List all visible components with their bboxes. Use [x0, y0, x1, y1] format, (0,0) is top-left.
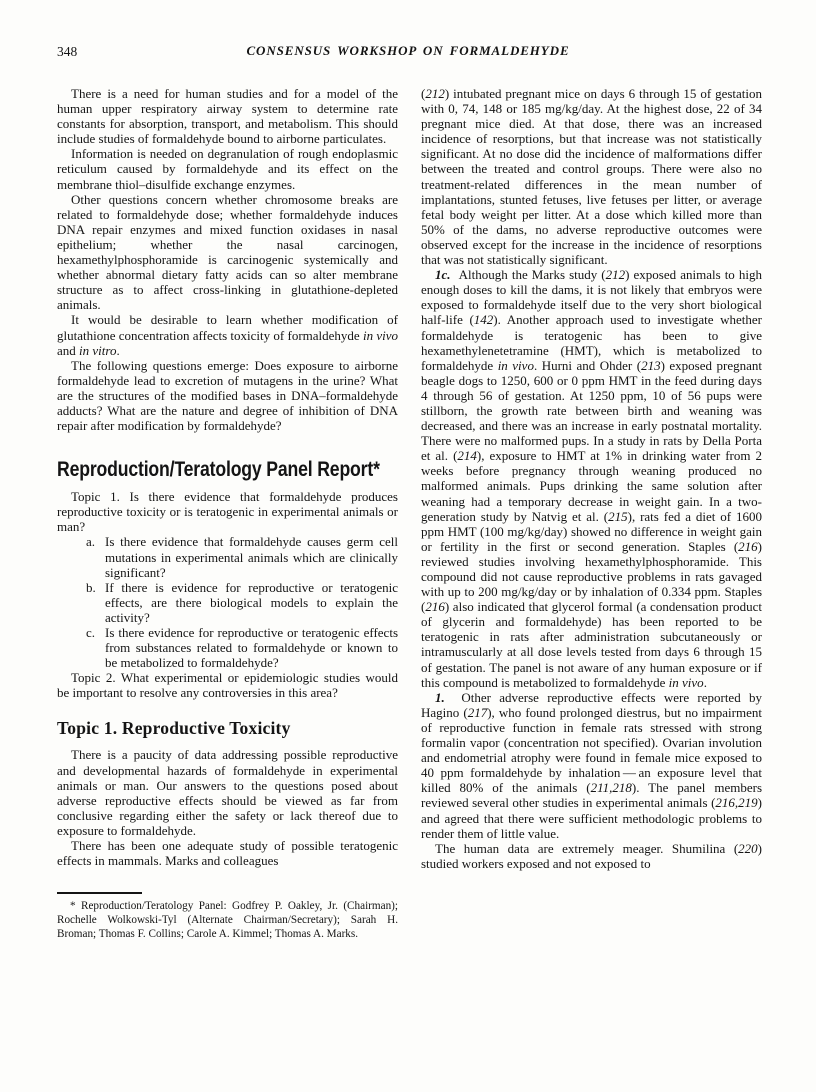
- paragraph: There has been one adequate study of pos…: [57, 838, 398, 868]
- right-column: (212) intubated pregnant mice on days 6 …: [421, 86, 762, 871]
- footnote-rule: [57, 892, 142, 894]
- question-text: Is there evidence that formaldehyde caus…: [105, 534, 398, 579]
- question-label: c.: [86, 625, 95, 640]
- paragraph: There is a need for human studies and fo…: [57, 86, 398, 146]
- question-label: b.: [86, 580, 96, 595]
- panel-report-heading: Reproduction/Teratology Panel Report*: [57, 459, 343, 481]
- paragraph: It would be desirable to learn whether m…: [57, 312, 398, 357]
- paragraph: Other questions concern whether chromoso…: [57, 192, 398, 313]
- paragraph: The human data are extremely meager. Shu…: [421, 841, 762, 871]
- left-column: There is a need for human studies and fo…: [57, 86, 398, 941]
- document-page: 348 CONSENSUS WORKSHOP ON FORMALDEHYDE T…: [0, 0, 816, 1092]
- topic1-section-heading: Topic 1. Reproductive Toxicity: [57, 718, 398, 738]
- running-title: CONSENSUS WORKSHOP ON FORMALDEHYDE: [0, 43, 816, 59]
- paragraph: The following questions emerge: Does exp…: [57, 358, 398, 433]
- page-header: 348 CONSENSUS WORKSHOP ON FORMALDEHYDE: [0, 43, 816, 63]
- paragraph: 1c. Although the Marks study (212) expos…: [421, 267, 762, 690]
- question-text: If there is evidence for reproductive or…: [105, 580, 398, 625]
- topic2-paragraph: Topic 2. What experimental or epidemiolo…: [57, 670, 398, 700]
- paragraph: Information is needed on degranulation o…: [57, 146, 398, 191]
- paragraph: 1. Other adverse reproductive effects we…: [421, 690, 762, 841]
- question-text: Is there evidence for reproductive or te…: [105, 625, 398, 670]
- topic1-intro-paragraph: Topic 1. Is there evidence that formalde…: [57, 489, 398, 534]
- page-number: 348: [57, 44, 77, 60]
- footnote-text: * Reproduction/Teratology Panel: Godfrey…: [57, 899, 398, 941]
- question-item-a: a. Is there evidence that formaldehyde c…: [57, 534, 398, 579]
- question-label: a.: [86, 534, 95, 549]
- question-item-b: b. If there is evidence for reproductive…: [57, 580, 398, 625]
- paragraph: There is a paucity of data addressing po…: [57, 747, 398, 838]
- question-item-c: c. Is there evidence for reproductive or…: [57, 625, 398, 670]
- footnote: * Reproduction/Teratology Panel: Godfrey…: [57, 892, 398, 941]
- paragraph: (212) intubated pregnant mice on days 6 …: [421, 86, 762, 267]
